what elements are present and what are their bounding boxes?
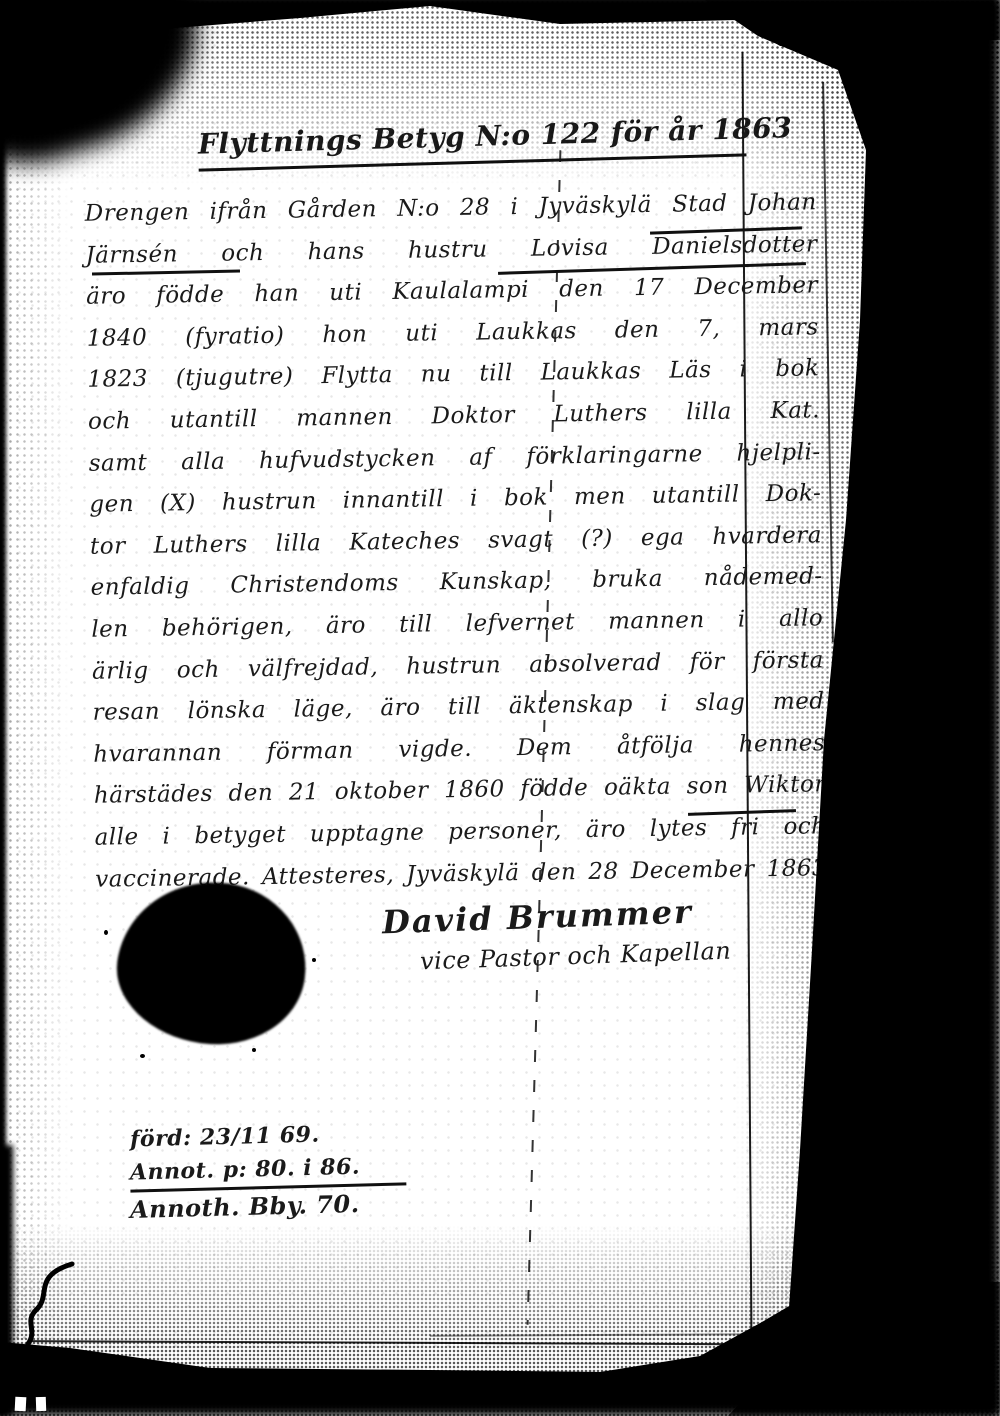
scan-noise-left <box>0 60 70 1370</box>
paper-fragment <box>36 1397 46 1411</box>
ink-speck <box>312 958 316 962</box>
ink-speck <box>104 930 108 935</box>
scan-noise-right <box>735 0 1000 1416</box>
paper-fragment <box>15 1397 27 1412</box>
ink-speck <box>252 1048 256 1052</box>
document-body: Drengen ifrån Gården N:o 28 i Jyväskylä … <box>84 182 827 901</box>
ink-speck <box>140 1054 145 1058</box>
scan-noise-bottom <box>0 1225 1000 1416</box>
annotation-line: förd: 23/11 69. <box>130 1122 320 1153</box>
scanned-document-page: Flyttnings Betyg N:o 122 för år 1863 Dre… <box>0 0 1000 1416</box>
annotation-line: Annoth. Bby. 70. <box>130 1189 360 1224</box>
